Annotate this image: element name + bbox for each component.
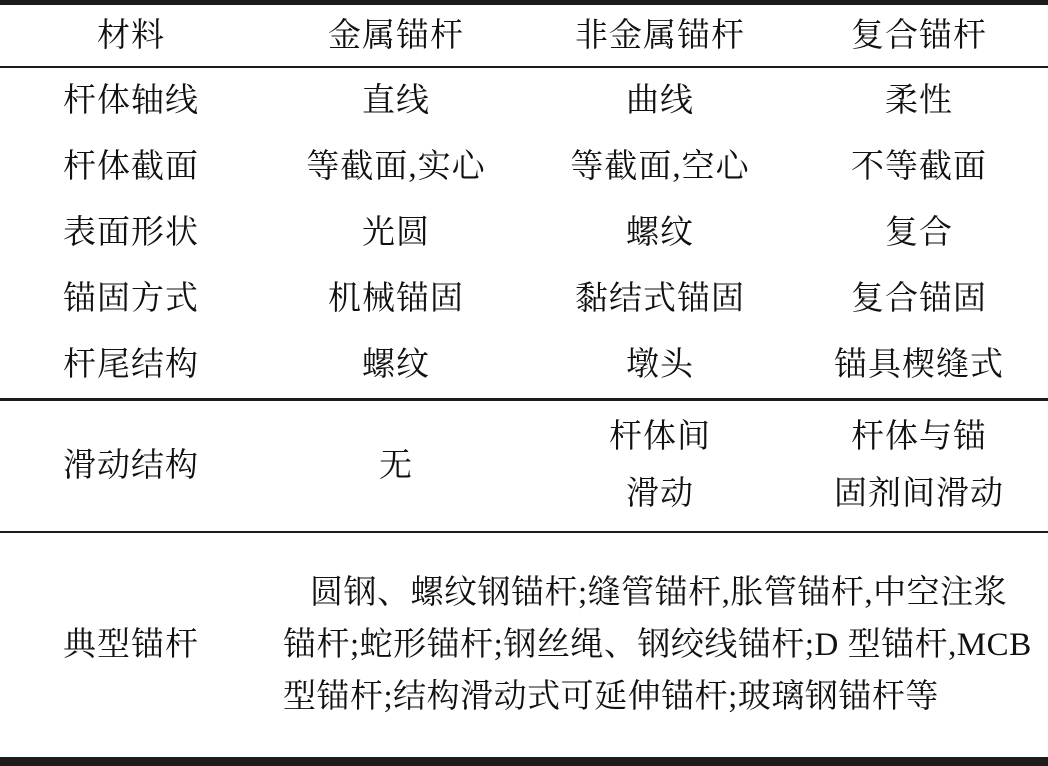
typical-text-line: 锚杆;蛇形锚杆;钢丝绳、钢绞线锚杆;D 型锚杆,MCB [283, 619, 1018, 671]
table-row: 杆体轴线 直线 曲线 柔性 [0, 68, 1048, 134]
cell-composite: 锚具楔缝式 [790, 345, 1048, 385]
row-label: 表面形状 [0, 213, 262, 253]
row-label: 杆体截面 [0, 147, 262, 187]
cell-composite: 不等截面 [790, 147, 1048, 187]
header-cell-material: 材料 [0, 16, 262, 56]
cell-nonmetal: 螺纹 [530, 213, 790, 253]
table-bottom-rule [0, 757, 1048, 766]
cell-metal: 机械锚固 [262, 279, 530, 319]
table-row: 杆体截面 等截面,实心 等截面,空心 不等截面 [0, 134, 1048, 200]
cell-line: 杆体间 [530, 409, 790, 466]
typical-text-line: 型锚杆;结构滑动式可延伸锚杆;玻璃钢锚杆等 [283, 671, 1018, 723]
cell-nonmetal: 杆体间 滑动 [530, 409, 790, 523]
cell-metal: 等截面,实心 [262, 147, 530, 187]
cell-nonmetal: 墩头 [530, 345, 790, 385]
row-label: 典型锚杆 [0, 625, 262, 665]
cell-nonmetal: 黏结式锚固 [530, 279, 790, 319]
cell-line: 滑动 [530, 466, 790, 523]
cell-line: 杆体与锚 [790, 409, 1048, 466]
cell-composite: 杆体与锚 固剂间滑动 [790, 409, 1048, 523]
cell-metal: 螺纹 [262, 345, 530, 385]
row-label: 杆尾结构 [0, 345, 262, 385]
table-row: 杆尾结构 螺纹 墩头 锚具楔缝式 [0, 332, 1048, 398]
cell-metal: 直线 [262, 81, 530, 121]
row-label: 锚固方式 [0, 279, 262, 319]
row-label: 杆体轴线 [0, 81, 262, 121]
table-row: 表面形状 光圆 螺纹 复合 [0, 200, 1048, 266]
header-row: 材料 金属锚杆 非金属锚杆 复合锚杆 [0, 5, 1048, 66]
row-label: 滑动结构 [0, 446, 262, 486]
table-row: 锚固方式 机械锚固 黏结式锚固 复合锚固 [0, 266, 1048, 332]
cell-composite: 柔性 [790, 81, 1048, 121]
cell-line: 固剂间滑动 [790, 466, 1048, 523]
cell-nonmetal: 曲线 [530, 81, 790, 121]
sliding-structure-row: 滑动结构 无 杆体间 滑动 杆体与锚 固剂间滑动 [0, 401, 1048, 531]
cell-composite: 复合 [790, 213, 1048, 253]
anchor-bolt-classification-table: 材料 金属锚杆 非金属锚杆 复合锚杆 杆体轴线 直线 曲线 柔性 杆体截面 等截… [0, 0, 1048, 766]
header-cell-nonmetal-bolt: 非金属锚杆 [530, 16, 790, 56]
cell-composite: 复合锚固 [790, 279, 1048, 319]
cell-metal: 无 [262, 446, 530, 486]
typical-text-line: 圆钢、螺纹钢锚杆;缝管锚杆,胀管锚杆,中空注浆 [283, 567, 1018, 619]
header-cell-metal-bolt: 金属锚杆 [262, 16, 530, 56]
typical-bolts-text: 圆钢、螺纹钢锚杆;缝管锚杆,胀管锚杆,中空注浆 锚杆;蛇形锚杆;钢丝绳、钢绞线锚… [262, 567, 1048, 723]
header-cell-composite-bolt: 复合锚杆 [790, 16, 1048, 56]
cell-metal: 光圆 [262, 213, 530, 253]
typical-bolts-row: 典型锚杆 圆钢、螺纹钢锚杆;缝管锚杆,胀管锚杆,中空注浆 锚杆;蛇形锚杆;钢丝绳… [0, 533, 1048, 757]
cell-nonmetal: 等截面,空心 [530, 147, 790, 187]
